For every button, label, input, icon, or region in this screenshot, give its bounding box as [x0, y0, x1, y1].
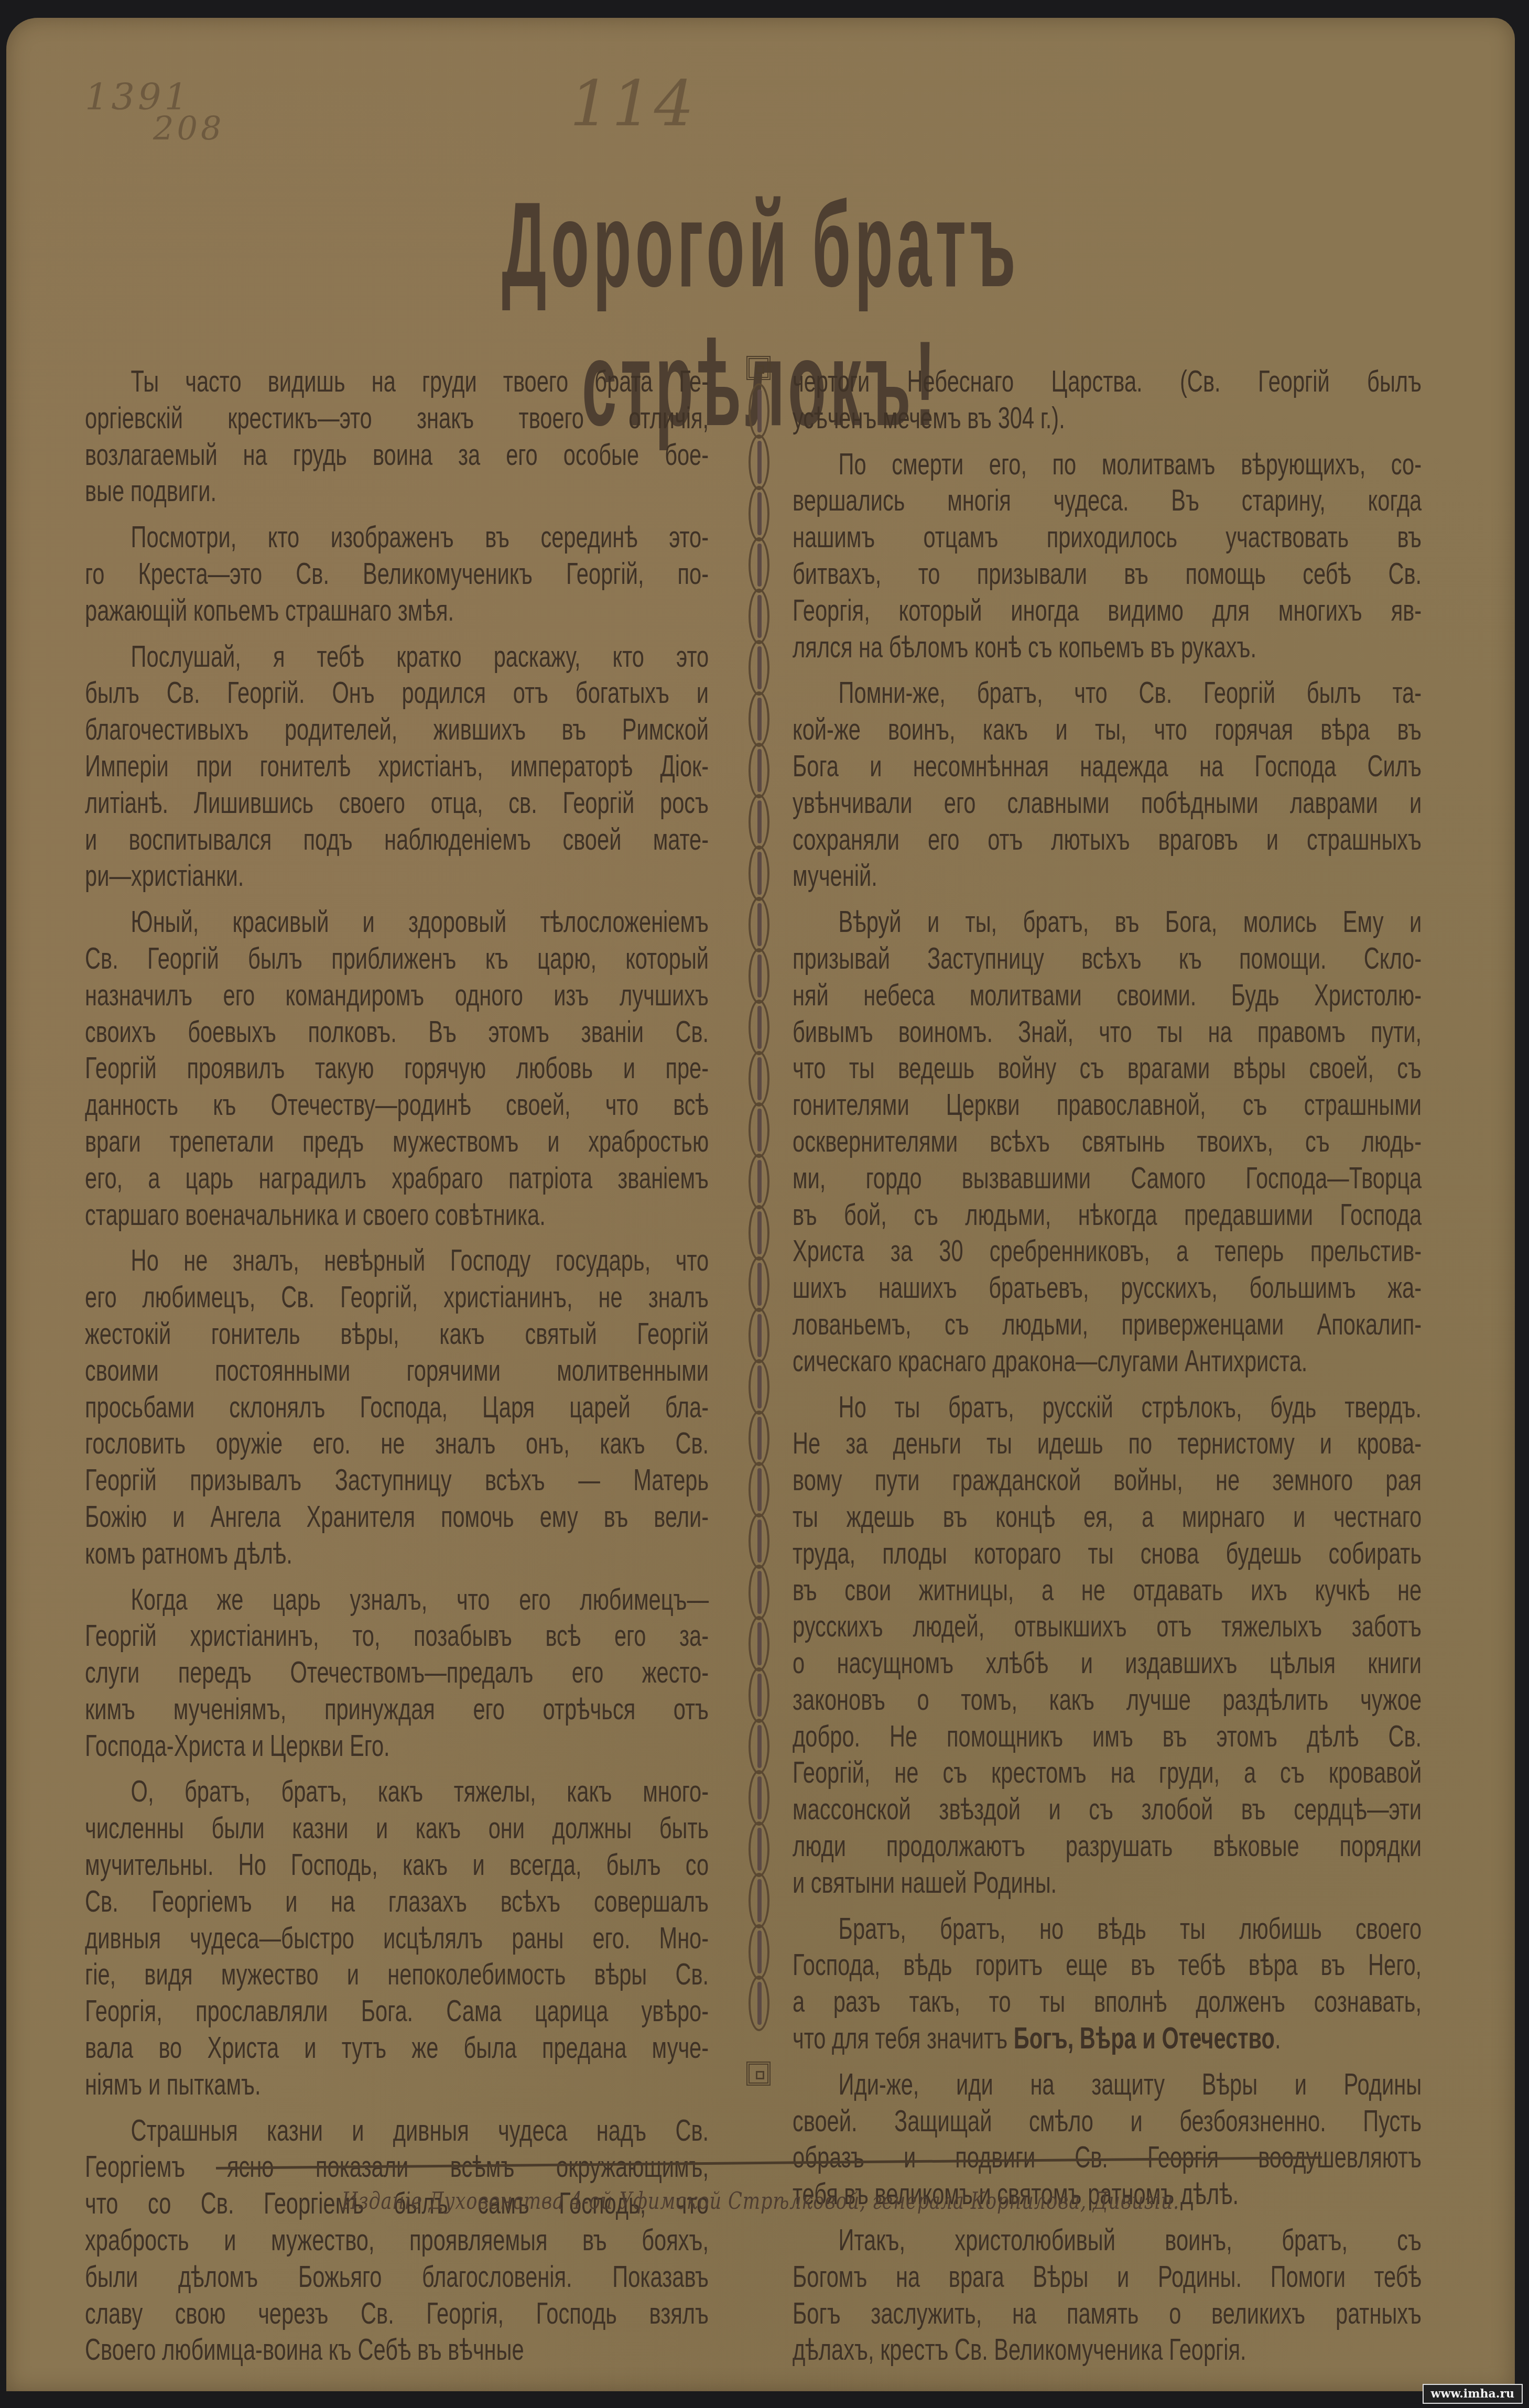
text-line: Богъ заслужить, на память о великихъ рат… [793, 2296, 1422, 2333]
paragraph: Итакъ, христолюбивый воинъ, братъ, съБог… [793, 2222, 1422, 2369]
paragraph: Но не зналъ, невѣрный Господу государь, … [85, 1243, 709, 1572]
chain-link-icon [749, 691, 769, 747]
chain-link-icon [749, 897, 769, 952]
text-line: осквернителями всѣхъ святынь твоихъ, съ … [793, 1124, 1422, 1160]
chain-link-icon [749, 1719, 769, 1774]
text-line: были дѣломъ Божьяго благословенія. Показ… [85, 2259, 709, 2296]
chain-link-icon [749, 1000, 769, 1055]
right-column-body: чертоги Небеснаго Царства. (Св. Георгій … [793, 364, 1422, 2369]
text-line: Юный, красивый и здоровый тѣлосложеніемъ [85, 904, 709, 941]
text-line: Но не зналъ, невѣрный Господу государь, … [85, 1243, 709, 1279]
chain-link-icon [749, 1462, 769, 1517]
text-line: ражающій копьемъ страшнаго змѣя. [85, 593, 709, 630]
text-line: вые подвиги. [85, 473, 709, 510]
text-line-emphasis: что для тебя значитъ Богъ, Вѣра и Отечес… [793, 2021, 1422, 2057]
text-line: старшаго военачальника и своего совѣтник… [85, 1197, 709, 1234]
text-line: Страшныя казни и дивныя чудеса надъ Св. [85, 2113, 709, 2150]
text-line: данность къ Отечеству—родинѣ своей, что … [85, 1087, 709, 1124]
text-line: Имперіи при гонителѣ христіанъ, императо… [85, 749, 709, 785]
text-line: шихъ нашихъ братьевъ, русскихъ, большимъ… [793, 1270, 1422, 1307]
text-line: Георгій, не съ крестомъ на груди, а съ к… [793, 1755, 1422, 1792]
chain-link-icon [749, 1513, 769, 1569]
chain-link-icon [749, 383, 769, 439]
paragraph-gap [793, 1380, 1422, 1390]
chain-link-icon [749, 743, 769, 798]
text-line: Георгій христіанинъ, то, позабывъ всѣ ег… [85, 1618, 709, 1655]
text-line: и святыни нашей Родины. [793, 1865, 1422, 1902]
chain-link-icon [749, 1770, 769, 1826]
paragraph-gap [793, 1902, 1422, 1911]
chain-link-icon [749, 1924, 769, 1980]
paragraph-gap [793, 666, 1422, 675]
text-line: литіанѣ. Лишившись своего отца, св. Геор… [85, 785, 709, 822]
text-line: Бога и несомнѣнная надежда на Господа Си… [793, 749, 1422, 785]
text-line: мучительны. Но Господь, какъ и всегда, б… [85, 1847, 709, 1884]
text-line: Господа-Христа и Церкви Его. [85, 1728, 709, 1765]
paragraph: Страшныя казни и дивныя чудеса надъ Св.Г… [85, 2113, 709, 2369]
text-line: Итакъ, христолюбивый воинъ, братъ, съ [793, 2222, 1422, 2259]
paragraph: Помни-же, братъ, что Св. Георгій былъ та… [793, 675, 1422, 895]
text-line: призывай Заступницу всѣхъ къ помощи. Скл… [793, 941, 1422, 978]
paragraph-gap [85, 1764, 709, 1774]
text-line: чертоги Небеснаго Царства. (Св. Георгій … [793, 364, 1422, 400]
text-line: вала во Христа и тутъ же была предана му… [85, 2030, 709, 2067]
chain-link-icon [749, 794, 769, 850]
text-line: сическаго краснаго дракона—слугами Антих… [793, 1343, 1422, 1380]
text-line: а разъ такъ, то ты вполнѣ долженъ сознав… [793, 1984, 1422, 2021]
text-line: О, братъ, братъ, какъ тяжелы, какъ много… [85, 1774, 709, 1810]
text-line: Христа за 30 сребренниковъ, а теперь пре… [793, 1233, 1422, 1270]
text-line: его, а царь наградилъ храбраго патріота … [85, 1160, 709, 1197]
text-line: Не за деньги ты идешь по тернистому и кр… [793, 1426, 1422, 1462]
chain-link-icon [749, 589, 769, 644]
text-line: враги трепетали предъ мужествомъ и храбр… [85, 1124, 709, 1160]
paragraph-gap [85, 2103, 709, 2113]
text-line: лялся на бѣломъ конѣ съ копьемъ въ руках… [793, 630, 1422, 666]
text-line: жестокій гонитель вѣры, какъ святый Геор… [85, 1316, 709, 1353]
chain-link-icon [749, 1359, 769, 1415]
text-line: По смерти его, по молитвамъ вѣрующихъ, с… [793, 447, 1422, 483]
chain-link-icon [749, 1565, 769, 1620]
text-line: добро. Не помощникъ имъ въ этомъ дѣлѣ Св… [793, 1719, 1422, 1755]
text-line: Св. Георгій былъ приближенъ къ царю, кот… [85, 941, 709, 978]
text-line: сохраняли его отъ лютыхъ враговъ и страш… [793, 822, 1422, 859]
text-line: Послушай, я тебѣ кратко раскажу, кто это [85, 639, 709, 676]
text-line: мученій. [793, 858, 1422, 895]
text-line: дивныя чудеса—быстро исцѣлялъ раны его. … [85, 1921, 709, 1957]
text-line: Помни-же, братъ, что Св. Георгій былъ та… [793, 675, 1422, 712]
text-line: благочестивыхъ родителей, жившихъ въ Рим… [85, 712, 709, 749]
text-line: нашимъ отцамъ приходилось участвовать въ [793, 519, 1422, 556]
publisher-imprint: Изданіе Духовенства 4-ой Уфимской Стрѣлк… [157, 2188, 1364, 2215]
chain-link-icon [749, 1411, 769, 1466]
text-line: люди продолжаютъ разрушать вѣковые поряд… [793, 1828, 1422, 1865]
chain-link-icon [749, 1308, 769, 1363]
source-watermark: www.imha.ru [1423, 2384, 1523, 2404]
paragraph-gap [85, 1233, 709, 1243]
text-line: слуги передъ Отечествомъ—предалъ его жес… [85, 1655, 709, 1691]
chain-link-icon [749, 845, 769, 901]
chain-link-icon [749, 640, 769, 696]
text-line: просьбами склонялъ Господа, Царя царей б… [85, 1390, 709, 1426]
text-line: гіе, видя мужество и непоколебимость вѣр… [85, 1957, 709, 1993]
text-line: лованьемъ, съ людьми, приверженцами Апок… [793, 1307, 1422, 1343]
paragraph: чертоги Небеснаго Царства. (Св. Георгій … [793, 364, 1422, 437]
text-line: въ свои житницы, а не отдавать ихъ кучкѣ… [793, 1572, 1422, 1609]
paragraph: По смерти его, по молитвамъ вѣрующихъ, с… [793, 447, 1422, 666]
text-line: возлагаемый на грудь воина за его особые… [85, 437, 709, 474]
text-line: кимъ мученіямъ, принуждая его отрѣчься о… [85, 1691, 709, 1728]
text-line: Иди-же, иди на защиту Вѣры и Родины [793, 2067, 1422, 2103]
left-text-column: Ты часто видишь на груди твоего брата Ге… [85, 364, 709, 2369]
paragraph: Но ты братъ, русскій стрѣлокъ, будь твер… [793, 1390, 1422, 1902]
paragraph: Братъ, братъ, но вѣдь ты любишь своегоГо… [793, 1911, 1422, 2057]
text-line: дѣлахъ, крестъ Св. Великомученика Георгі… [793, 2332, 1422, 2369]
text-line: гонителями Церкви православной, съ страш… [793, 1087, 1422, 1124]
chain-link-icon [749, 1976, 769, 2031]
text-line: Ты часто видишь на груди твоего брата Ге… [85, 364, 709, 400]
text-line: законовъ о томъ, какъ лучше раздѣлить чу… [793, 1682, 1422, 1719]
text-line: бивымъ воиномъ. Знай, что ты на правомъ … [793, 1014, 1422, 1051]
ornamental-chain-divider [745, 356, 773, 2086]
text-line: русскихъ людей, отвыкшихъ отъ тяжелыхъ з… [793, 1609, 1422, 1645]
text-line: славу свою черезъ Св. Георгія, Господь в… [85, 2296, 709, 2333]
chain-link-icon [749, 1102, 769, 1158]
text-line: вершались многія чудеса. Въ старину, ког… [793, 483, 1422, 519]
text-fragment: что для тебя значитъ [793, 2022, 1014, 2055]
text-line: труда, плоды котораго ты снова будешь со… [793, 1536, 1422, 1572]
text-line: Братъ, братъ, но вѣдь ты любишь своего [793, 1911, 1422, 1948]
chain-link-icon [749, 1256, 769, 1312]
text-line: гословить оружіе его. не зналъ онъ, какъ… [85, 1426, 709, 1462]
chain-link-icon [749, 1821, 769, 1877]
text-line: ты ждешь въ концѣ ея, а мирнаго и честна… [793, 1499, 1422, 1536]
chain-link-icon [749, 1051, 769, 1107]
text-line: Посмотри, кто изображенъ въ серединѣ это… [85, 519, 709, 556]
text-line: массонской звѣздой и съ злобой въ сердцѣ… [793, 1792, 1422, 1828]
paragraph: Вѣруй и ты, братъ, въ Бога, молись Ему и… [793, 904, 1422, 1380]
chain-link-icon [749, 537, 769, 593]
chain-link-icon [749, 948, 769, 1004]
chain-link-icon [749, 1873, 769, 1928]
leaflet-paper: 1391 208 114 Дорогой братъ стрѣлокъ! Ты … [6, 18, 1515, 2391]
text-line: Вѣруй и ты, братъ, въ Бога, молись Ему и [793, 904, 1422, 941]
chain-link-icon [749, 1616, 769, 1672]
text-line: назначилъ его командиромъ одного изъ луч… [85, 978, 709, 1014]
paragraph: Посмотри, кто изображенъ въ серединѣ это… [85, 519, 709, 629]
square-ornament-icon [746, 356, 771, 380]
text-line: няй небеса молитвами своими. Будь Христо… [793, 978, 1422, 1014]
square-ornament-icon [746, 2062, 771, 2086]
text-line: ри—христіанки. [85, 858, 709, 895]
text-line: Своего любимца-воина къ Себѣ въ вѣчные [85, 2332, 709, 2369]
archive-annotation-number: 114 [570, 68, 696, 140]
paragraph: Когда же царь узналъ, что его любимецъ—Г… [85, 1582, 709, 1765]
text-line: что ты ведешь войну съ врагами вѣры свое… [793, 1050, 1422, 1087]
chain-link-icon [749, 1667, 769, 1723]
paragraph-gap [85, 895, 709, 904]
text-line: въ бой, съ людьми, нѣкогда предавшими Го… [793, 1197, 1422, 1234]
text-line: Георгія, который иногда видимо для многи… [793, 593, 1422, 630]
text-line: ми, гордо вызвавшими Самого Господа—Твор… [793, 1160, 1422, 1197]
text-line: его любимецъ, Св. Георгій, христіанинъ, … [85, 1279, 709, 1316]
text-line: храбрость и мужество, проявляемыя въ боя… [85, 2222, 709, 2259]
chain-link-icon [749, 1154, 769, 1209]
text-line: Но ты братъ, русскій стрѣлокъ, будь твер… [793, 1390, 1422, 1426]
text-line: своей. Защищай смѣло и безбоязненно. Пус… [793, 2103, 1422, 2140]
archive-annotation-denominator: 208 [153, 109, 224, 147]
text-line: битвахъ, то призывали въ помощь себѣ Св. [793, 556, 1422, 593]
text-line: Божію и Ангела Хранителя помочь ему въ в… [85, 1499, 709, 1536]
text-line: Когда же царь узналъ, что его любимецъ— [85, 1582, 709, 1619]
paragraph: О, братъ, братъ, какъ тяжелы, какъ много… [85, 1774, 709, 2103]
paragraph-gap [793, 437, 1422, 447]
paragraph-gap [793, 2057, 1422, 2067]
bold-motto: Богъ, Вѣра и Отечество [1014, 2022, 1275, 2055]
text-line: своими постоянными горячими молитвенными [85, 1353, 709, 1390]
text-line: Георгій призывалъ Заступницу всѣхъ — Мат… [85, 1462, 709, 1499]
paragraph: Послушай, я тебѣ кратко раскажу, кто это… [85, 639, 709, 895]
archive-annotation-fraction: 1391 208 [85, 75, 224, 147]
text-fragment: . [1275, 2022, 1281, 2055]
text-line: увѣнчивали его славными побѣдными лаврам… [793, 785, 1422, 822]
text-line: комъ ратномъ дѣлѣ. [85, 1536, 709, 1572]
left-column-body: Ты часто видишь на груди твоего брата Ге… [85, 364, 709, 2369]
text-line: своихъ боевыхъ полковъ. Въ этомъ званіи … [85, 1014, 709, 1051]
text-line: кой-же воинъ, какъ и ты, что горячая вѣр… [793, 712, 1422, 749]
chain-link-icon [749, 486, 769, 541]
text-line: усѣченъ мечемъ въ 304 г.). [793, 400, 1422, 437]
paragraph: Ты часто видишь на груди твоего брата Ге… [85, 364, 709, 510]
chain-link-icon [749, 435, 769, 490]
paragraph-gap [85, 1572, 709, 1582]
text-line: го Креста—это Св. Великомученикъ Георгій… [85, 556, 709, 593]
chain-link-icon [749, 1205, 769, 1261]
text-line: о насущномъ хлѣбѣ и издавшихъ цѣлыя книг… [793, 1645, 1422, 1682]
text-line: численны были казни и какъ они должны бы… [85, 1810, 709, 1847]
text-line: былъ Св. Георгій. Онъ родился отъ богаты… [85, 675, 709, 712]
paragraph-gap [85, 510, 709, 519]
text-line: ніямъ и пыткамъ. [85, 2067, 709, 2103]
text-line: оргіевскій крестикъ—это знакъ твоего отл… [85, 400, 709, 437]
text-line: Св. Георгіемъ и на глазахъ всѣхъ соверша… [85, 1884, 709, 1921]
text-line: Георгій проявилъ такую горячую любовь и … [85, 1050, 709, 1087]
paragraph-gap [85, 630, 709, 639]
paragraph: Юный, красивый и здоровый тѣлосложеніемъ… [85, 904, 709, 1233]
text-line: Господа, вѣдь горитъ еще въ тебѣ вѣра въ… [793, 1947, 1422, 1984]
paragraph-gap [793, 895, 1422, 904]
text-line: Георгія, прославляли Бога. Сама царица у… [85, 1993, 709, 2030]
right-text-column: чертоги Небеснаго Царства. (Св. Георгій … [793, 364, 1422, 2369]
text-line: Богомъ на врага Вѣры и Родины. Помоги те… [793, 2259, 1422, 2296]
text-line: вому пути гражданской войны, не земного … [793, 1462, 1422, 1499]
text-line: и воспитывался подъ наблюденіемъ своей м… [85, 822, 709, 859]
